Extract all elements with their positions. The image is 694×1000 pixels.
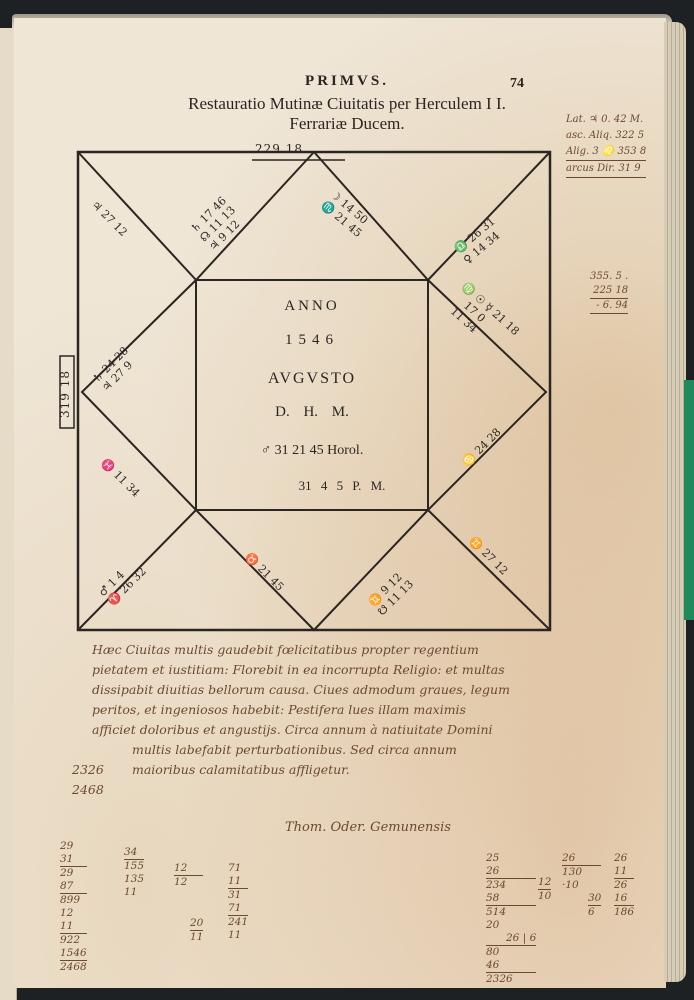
prophecy-line: maioribus calamitatibus affligetur. bbox=[92, 760, 562, 780]
year-value: 1546 bbox=[196, 332, 428, 349]
prophecy-line: peritos, et ingeniosos habebit: Pestifer… bbox=[92, 700, 562, 720]
margin-note-mid: 355. 5 . 225 18 - 6. 94 bbox=[590, 270, 628, 314]
left-degree-box: 319 18 bbox=[58, 370, 72, 418]
calculation-right-3: 26 130 ·10 30 6 bbox=[562, 852, 601, 919]
calculation-left-4: 71 11 31 71 241 11 bbox=[228, 862, 248, 942]
calculation-left-3: 12 12 20 11 bbox=[174, 862, 203, 944]
prophecy-line: pietatem et iustitiam: Florebit in ea in… bbox=[92, 660, 562, 680]
calculation-right: 25 26 234 58 514 20 26 | 6 80 46 2326 bbox=[486, 852, 536, 986]
prophecy-line: Hæc Ciuitas multis gaudebit fœlicitatibu… bbox=[92, 640, 562, 660]
calculation-right-4: 26 11 26 16 186 bbox=[614, 852, 634, 919]
anno-label: ANNO bbox=[196, 298, 428, 315]
calculation-left-2: 34 155 135 11 bbox=[124, 846, 144, 899]
margin-note-top: Lat. ♃ 0. 42 M. asc. Aliq. 322 5 Alig. 3… bbox=[566, 112, 646, 178]
signature: Thom. Oder. Gemunensis bbox=[285, 820, 451, 835]
calculation-left: 29 31 29 87 899 12 11 922 1546 2468 bbox=[60, 840, 87, 974]
calculation-right-2: 12 10 bbox=[538, 876, 551, 903]
prophecy-line: multis labefabit perturbationibus. Sed c… bbox=[92, 740, 562, 760]
chart-center-panel: ANNO 1546 AVGVSTO D. H. M. ♂ 31 21 45 Ho… bbox=[196, 280, 428, 510]
horol-row: ♂ 31 21 45 Horol. bbox=[196, 443, 428, 459]
prophecy-years: 23262468 bbox=[72, 760, 104, 800]
prophecy-line: afficiet doloribus et angustijs. Circa a… bbox=[92, 720, 562, 740]
dhm-header: D. H. M. bbox=[196, 404, 428, 421]
prophecy-text: Hæc Ciuitas multis gaudebit fœlicitatibu… bbox=[92, 640, 562, 780]
month-label: AVGVSTO bbox=[196, 370, 428, 388]
top-degree-box: 229 18 bbox=[255, 142, 303, 156]
pm-row: 31 4 5 P. M. bbox=[226, 478, 458, 494]
prophecy-line: dissipabit diuitias bellorum causa. Ciue… bbox=[92, 680, 562, 700]
